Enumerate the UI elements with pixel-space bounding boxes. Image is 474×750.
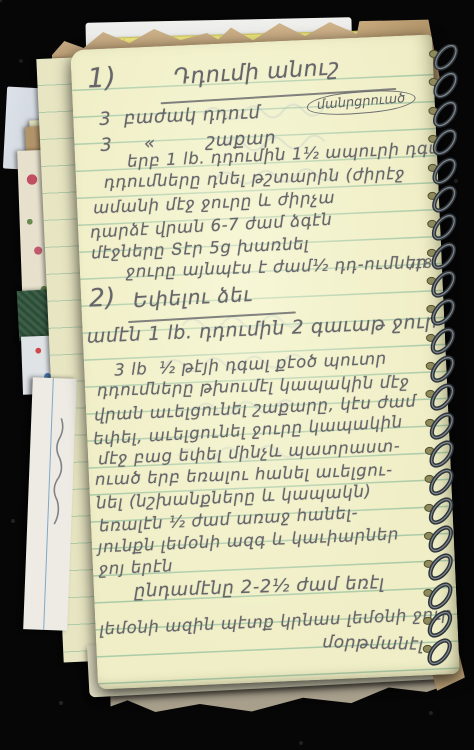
spiral-binding xyxy=(399,44,474,693)
dust-specks xyxy=(0,0,2,2)
lead-line: ամէն 1 lb. դդումին 2 գաւաթ ջուր xyxy=(86,310,438,347)
section1-title: Դդումի անուշ xyxy=(173,55,341,90)
photo-of-notebook: Once the cookies are cool. 1) Դդումի անո… xyxy=(0,0,474,750)
section2-number: 2) xyxy=(88,282,116,312)
section1-number: 1) xyxy=(87,62,117,94)
section2-title: Եփելու ձեւ xyxy=(133,282,254,312)
ingredient-line-1: 3 բաժակ դդում xyxy=(99,102,261,130)
body-line: ջոյ երէն xyxy=(98,556,173,578)
closing-line-1: ընդամէնը 2-2½ ժամ եռէլ xyxy=(134,572,386,602)
